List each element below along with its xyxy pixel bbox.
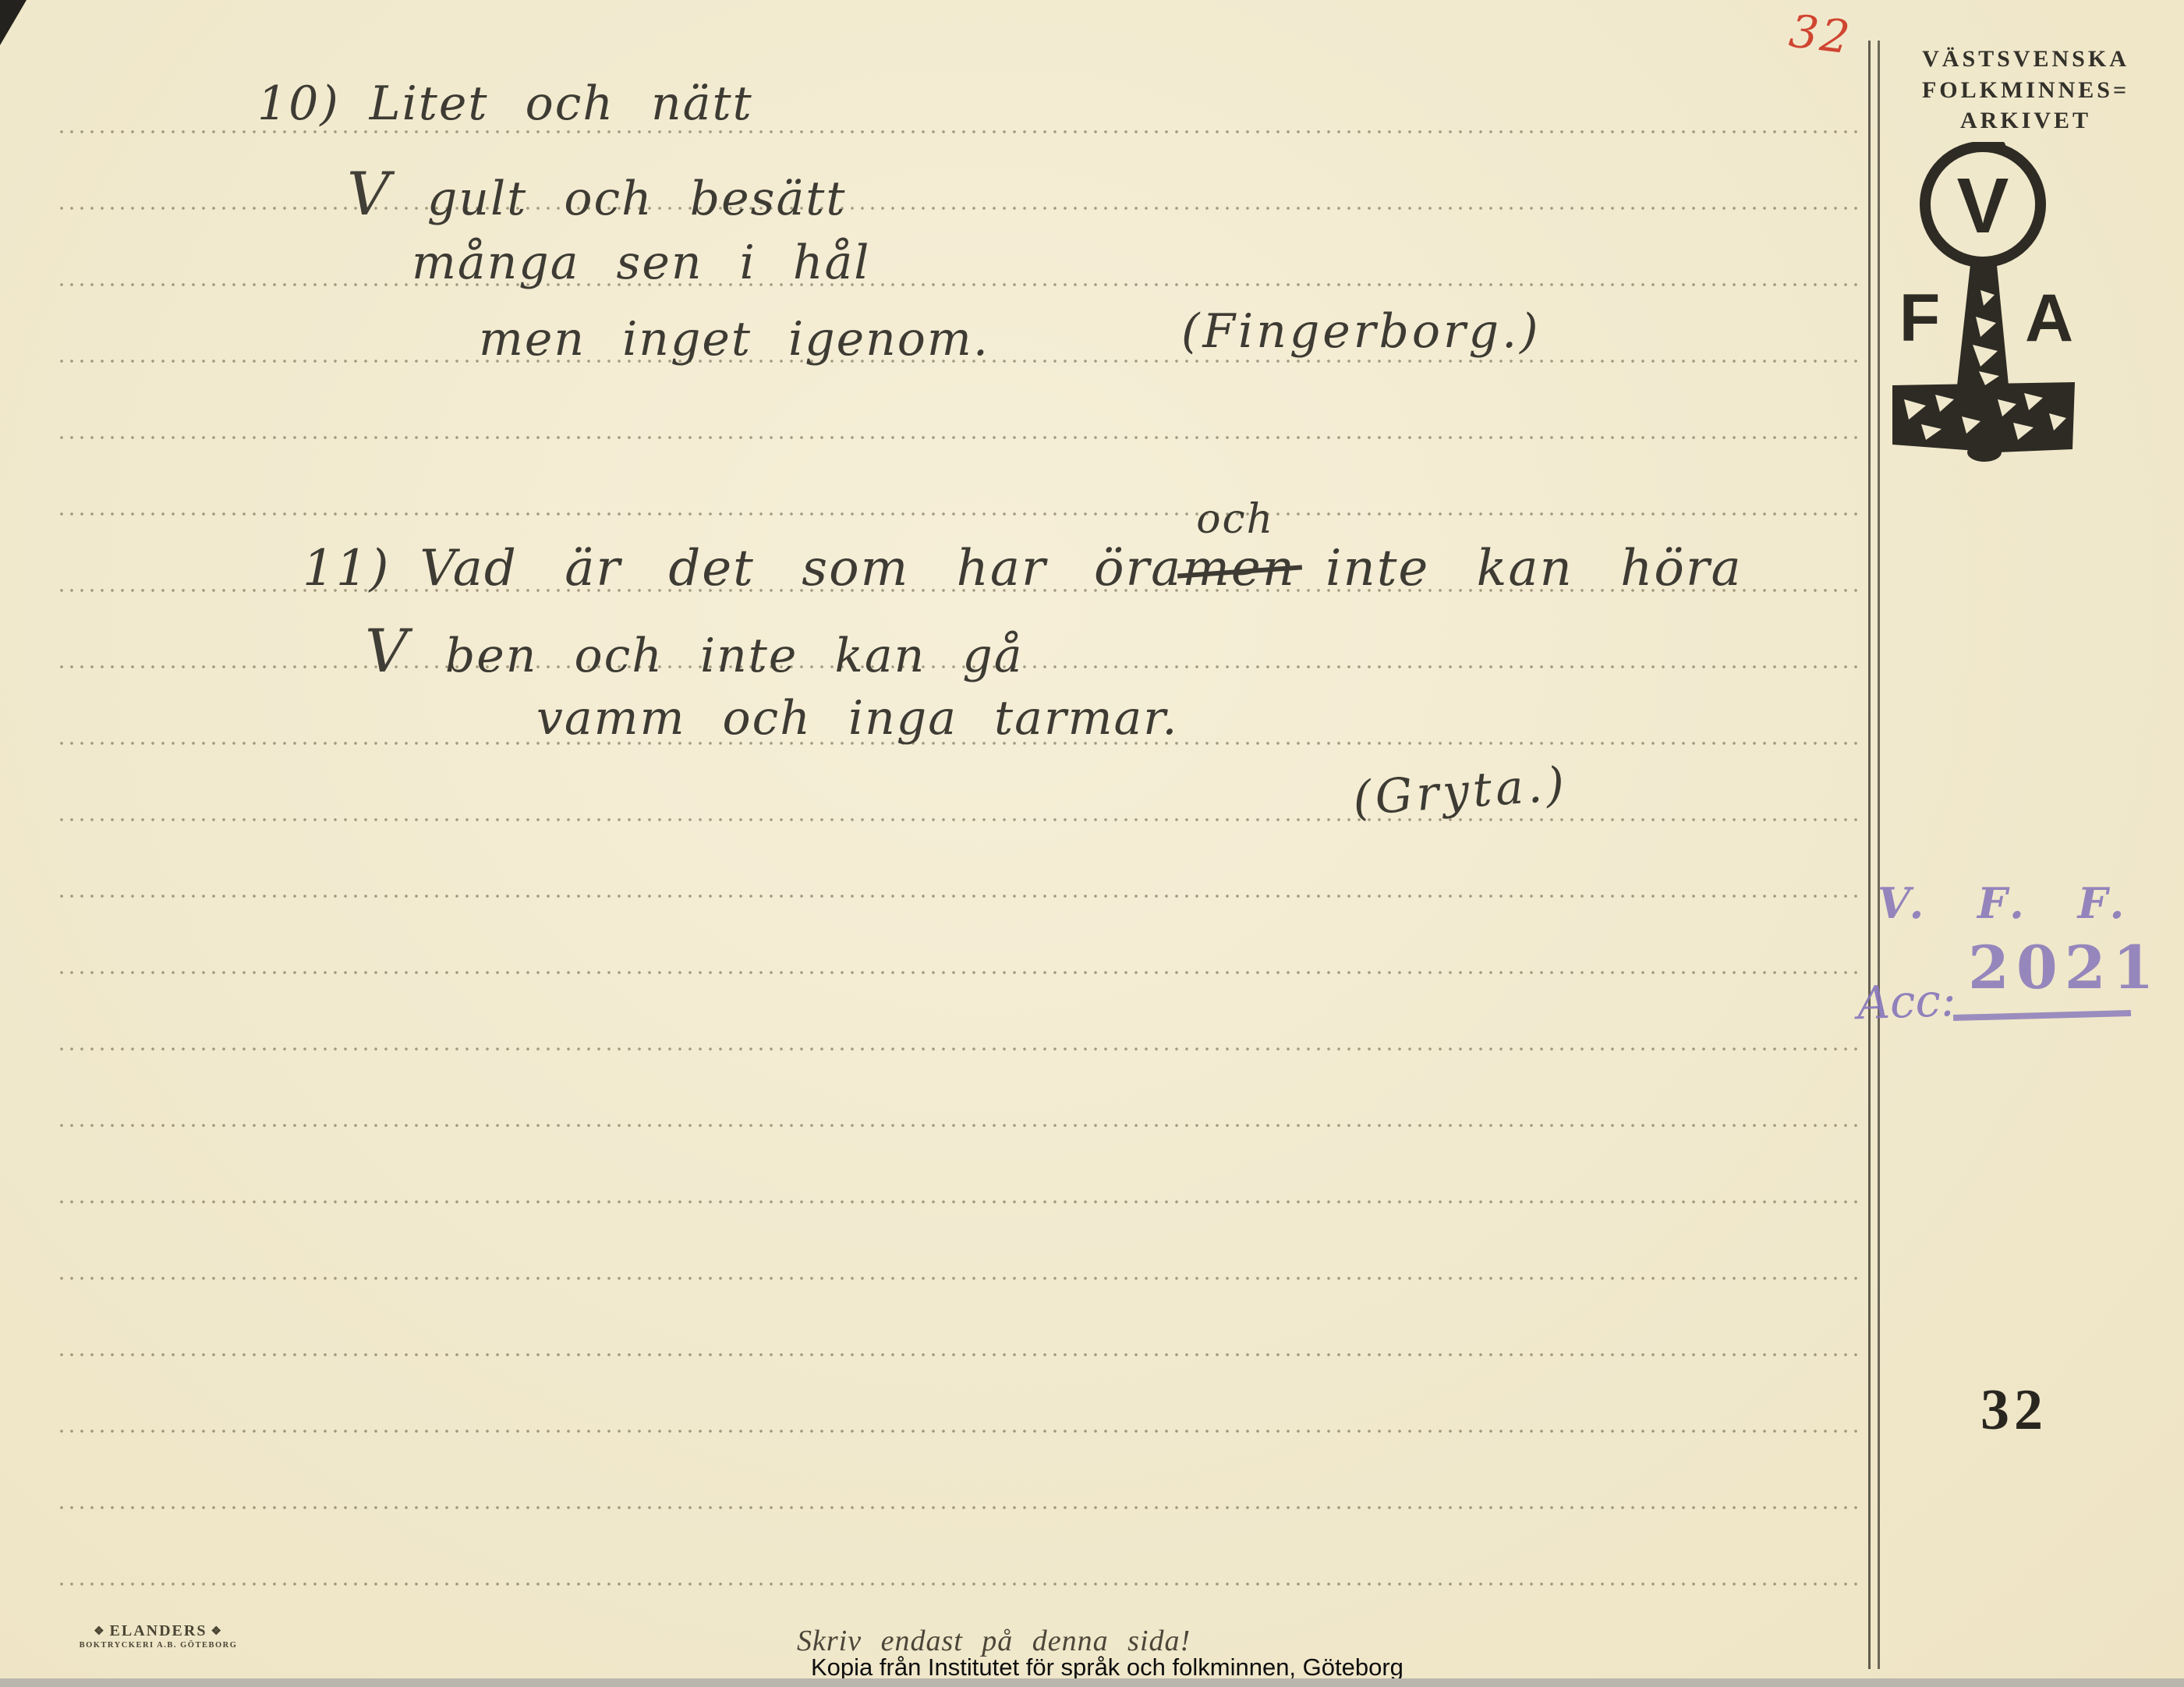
printer-ornament-icon: ❖	[211, 1624, 222, 1639]
accession-underline	[1953, 1010, 2131, 1021]
riddle-11-number: 11)	[303, 540, 390, 597]
archive-name-line1: VÄSTSVENSKA	[1878, 44, 2174, 75]
printed-page-number: 32	[1980, 1377, 2048, 1444]
margin-divider-rule	[1868, 41, 1880, 1669]
riddle-11-line-1-pre: Vad är det som har öra	[419, 540, 1182, 597]
riddle-11-correction: ochmen	[1182, 540, 1296, 597]
printer-name: ELANDERS	[110, 1622, 207, 1640]
riddle-11-line-2: Vben och inte kan gå	[365, 616, 1024, 686]
hammer-head	[1892, 382, 2075, 452]
riddle-10-number: 10)	[257, 76, 340, 131]
accession-label: Acc:	[1857, 973, 1957, 1030]
riddle-11-struck-word: men	[1182, 540, 1296, 597]
archive-name-line3: ARKIVET	[1878, 105, 2174, 136]
insertion-caret-mark: V	[347, 159, 391, 229]
copy-source-caption: Kopia från Institutet för språk och folk…	[811, 1653, 1403, 1682]
scanned-document-page: 32 VÄSTSVENSKA FOLKMINNES= ARKIVET V F A…	[0, 0, 2184, 1687]
riddle-11-line-1: 11)Vad är det som har öraochmeninte kan …	[303, 540, 1743, 597]
printer-imprint: ❖ ELANDERS ❖ BOKTRYCKERI A.B. GÖTEBORG	[76, 1622, 240, 1650]
riddle-10-line-1: 10)Litet och nätt	[257, 76, 753, 131]
thors-hammer-logo-icon: V F A	[1881, 142, 2146, 477]
archive-name-line2: FOLKMINNES=	[1878, 75, 2174, 106]
archive-stamp-initials: V. F. F.	[1878, 878, 2130, 928]
riddle-10-line-2: Vgult och besätt	[347, 159, 846, 229]
accession-number: 2021	[1968, 933, 2161, 1002]
printer-subtitle: BOKTRYCKERI A.B. GÖTEBORG	[76, 1641, 240, 1650]
logo-letter-f: F	[1899, 281, 1941, 356]
riddle-10-line-3: många sen i hål	[412, 236, 870, 290]
riddle-10-line-4: men inget igenom.	[479, 312, 989, 367]
riddle-10-line-1-text: Litet och nätt	[370, 76, 753, 131]
riddle-11-line-2-text: ben och inte kan gå	[445, 629, 1024, 683]
riddle-11-line-3: vamm och inga tarmar.	[536, 691, 1178, 746]
riddle-10-answer: (Fingerborg.)	[1181, 304, 1542, 359]
hammer-head-knob	[1967, 443, 2002, 462]
red-page-number: 32	[1786, 4, 1855, 64]
insertion-caret-mark: V	[365, 616, 409, 686]
riddle-11-line-1-post: inte kan höra	[1326, 540, 1743, 597]
printer-ornament-icon: ❖	[94, 1624, 105, 1639]
scan-edge-strip	[0, 1678, 2184, 1687]
scan-corner-artifact	[0, 0, 27, 45]
archive-name: VÄSTSVENSKA FOLKMINNES= ARKIVET	[1878, 44, 2174, 136]
riddle-11-inserted-word: och	[1196, 496, 1274, 543]
logo-letter-v: V	[1957, 162, 2009, 250]
logo-letter-a: A	[2025, 281, 2073, 356]
riddle-10-line-2-text: gult och besätt	[427, 172, 847, 226]
